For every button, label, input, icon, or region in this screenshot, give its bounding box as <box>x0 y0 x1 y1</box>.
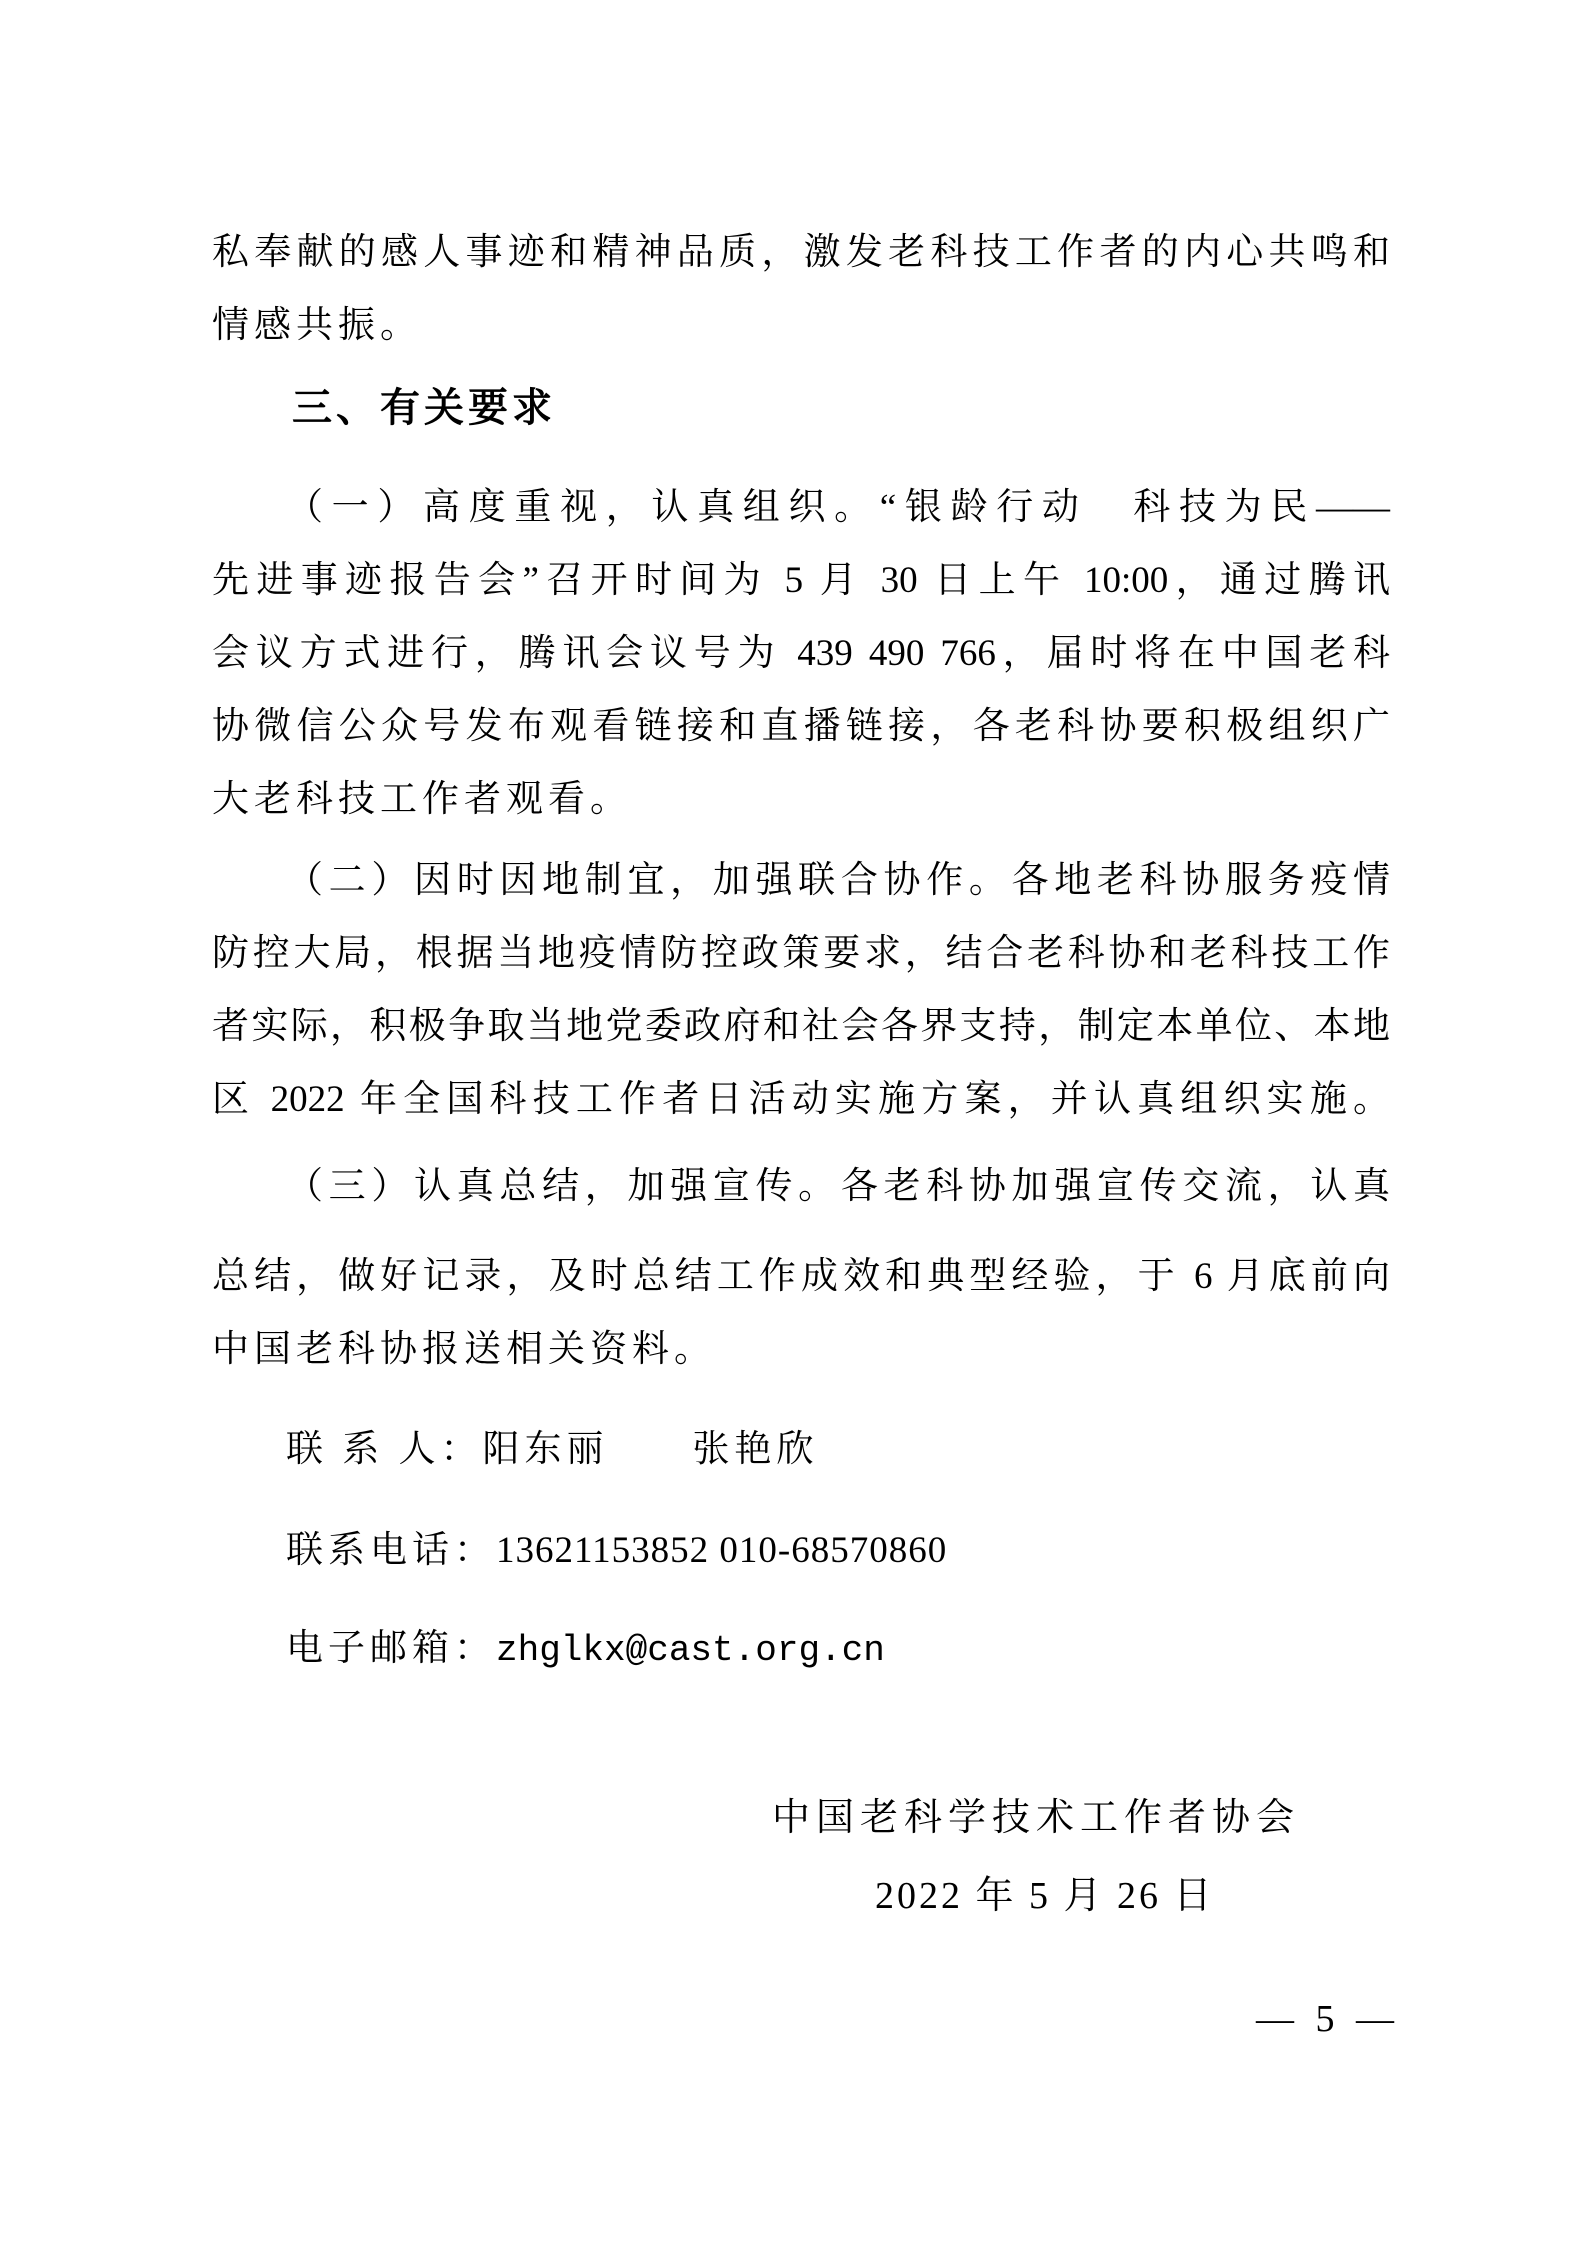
section-heading: 三、有关要求 <box>212 372 1390 445</box>
date-line: 2022 年 5 月 26 日 <box>875 1860 1215 1933</box>
body-line: 会议方式进行，腾讯会议号为 439 490 766，届时将在中国老科 <box>212 617 1390 690</box>
body-line: 私奉献的感人事迹和精神品质，激发老科技工作者的内心共鸣和 <box>212 216 1390 289</box>
body-line: 区 2022 年全国科技工作者日活动实施方案，并认真组织实施。 <box>212 1063 1390 1136</box>
body-line: （三）认真总结，加强宣传。各老科协加强宣传交流，认真 <box>212 1150 1390 1223</box>
document-body: 私奉献的感人事迹和精神品质，激发老科技工作者的内心共鸣和 情感共振。 三、有关要… <box>212 216 1390 1687</box>
body-line: 大老科技工作者观看。 <box>212 763 1390 836</box>
body-line: 先进事迹报告会”召开时间为 5 月 30 日上午 10:00，通过腾讯 <box>212 544 1390 617</box>
page-number: — 5 — <box>1256 1983 1400 2056</box>
body-line: （一）高度重视，认真组织。“银龄行动 科技为民—— <box>212 471 1390 544</box>
body-line: （二）因时因地制宜，加强联合协作。各地老科协服务疫情 <box>212 844 1390 917</box>
signature-line: 中国老科学技术工作者协会 <box>772 1782 1300 1855</box>
body-line: 防控大局，根据当地疫情防控政策要求，结合老科协和老科技工作 <box>212 917 1390 990</box>
body-line: 总结，做好记录，及时总结工作成效和典型经验，于 6 月底前向 <box>212 1240 1390 1313</box>
contact-phone-numbers: 13621153852 010-68570860 <box>496 1530 947 1571</box>
body-line: 中国老科协报送相关资料。 <box>212 1313 1390 1386</box>
document-page: 私奉献的感人事迹和精神品质，激发老科技工作者的内心共鸣和 情感共振。 三、有关要… <box>0 0 1588 2245</box>
body-line: 情感共振。 <box>212 289 1390 362</box>
contact-person-line: 联 系 人：阳东丽 张艳欣 <box>212 1413 1390 1486</box>
contact-email-address: zhglkx@cast.org.cn <box>496 1630 885 1671</box>
body-line: 协微信公众号发布观看链接和直播链接，各老科协要积极组织广 <box>212 690 1390 763</box>
contact-email-line: 电子邮箱：zhglkx@cast.org.cn <box>212 1612 1390 1687</box>
contact-email-label: 电子邮箱： <box>286 1628 496 1669</box>
contact-phone-line: 联系电话：13621153852 010-68570860 <box>212 1514 1390 1587</box>
body-line: 者实际，积极争取当地党委政府和社会各界支持，制定本单位、本地 <box>212 990 1390 1063</box>
contact-phone-label: 联系电话： <box>286 1530 496 1571</box>
